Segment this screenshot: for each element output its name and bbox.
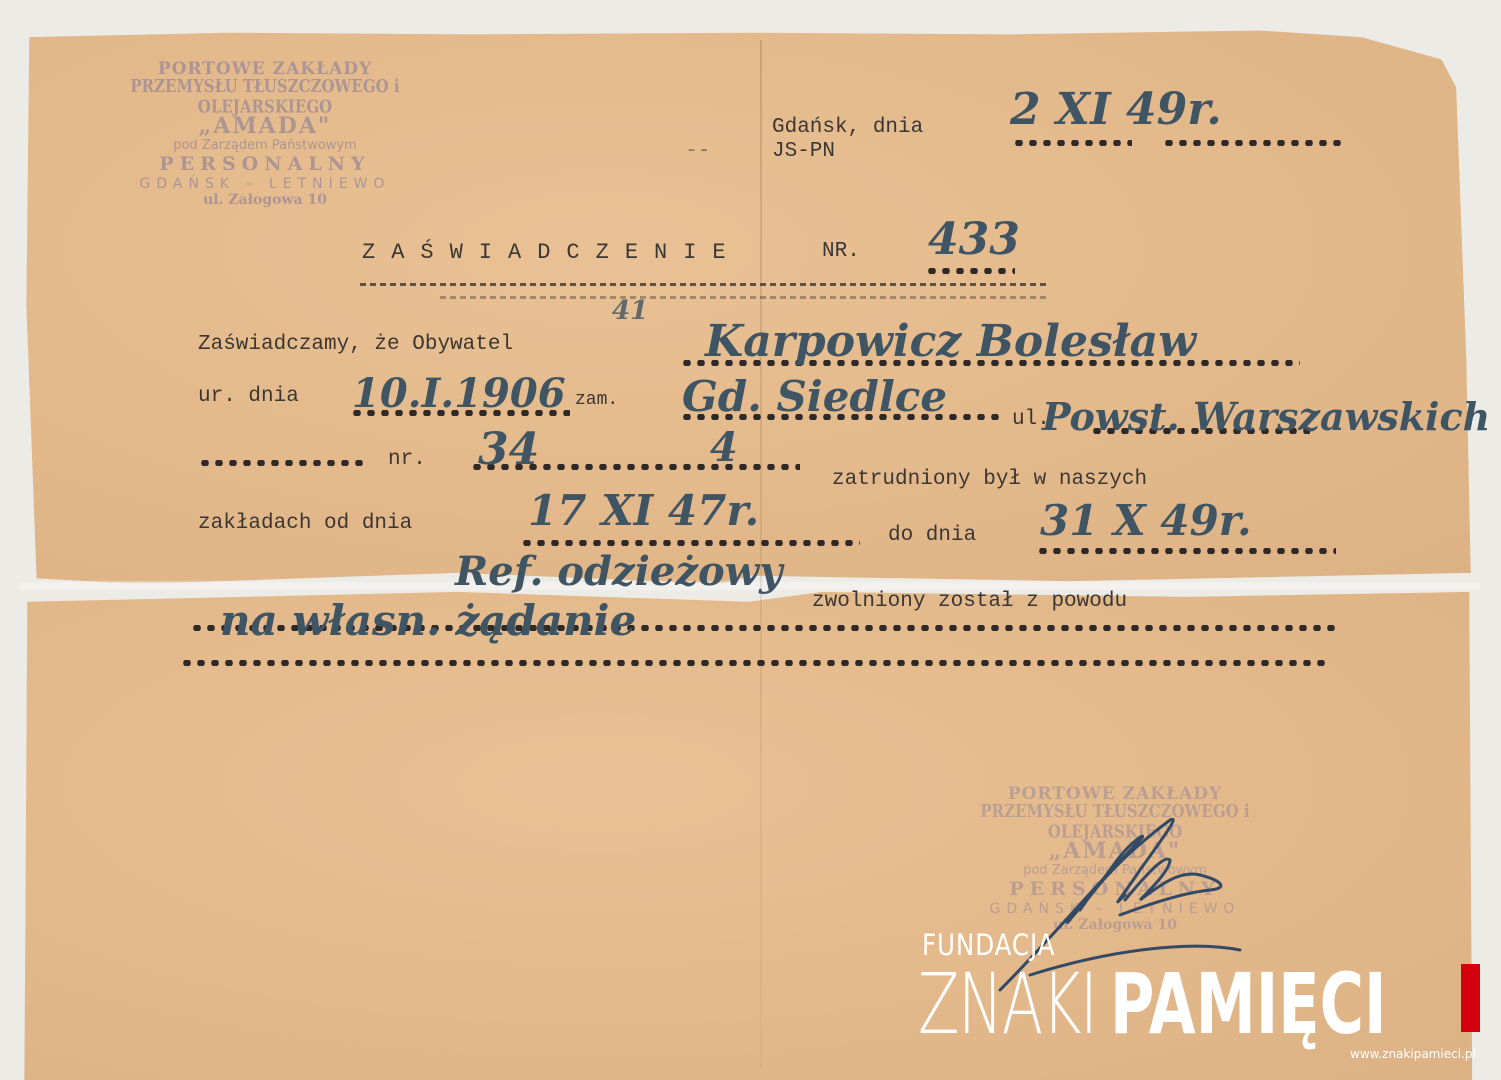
- street-name: Powst. Warszawskich: [1042, 394, 1490, 439]
- dotted-line: [925, 268, 1015, 274]
- job-position: Ref. odzieżowy: [455, 548, 782, 595]
- employed-text: zatrudniony był w naszych: [832, 468, 1147, 491]
- place-date-label: Gdańsk, dnia: [772, 116, 923, 139]
- document-title: ZAŚWIADCZENIE: [362, 240, 742, 265]
- stamp-line: ul. Załogowa 10: [70, 192, 460, 208]
- title-underline: [440, 296, 1050, 299]
- residence-label: zam.: [575, 390, 618, 410]
- reference-code: JS-PN: [772, 140, 835, 163]
- company-stamp: PORTOWE ZAKŁADY PRZEMYSŁU TŁUSZCZOWEGO i…: [70, 60, 460, 208]
- dotted-line: [1036, 548, 1336, 554]
- dotted-line: [1162, 140, 1342, 146]
- title-nr-label: NR.: [822, 240, 860, 263]
- employment-start-date: 17 XI 47r.: [528, 486, 759, 535]
- dotted-line: [180, 660, 1330, 666]
- certificate-number: 433: [928, 214, 1020, 265]
- from-date-label: zakładach od dnia: [198, 512, 412, 535]
- title-underline: [360, 283, 1050, 286]
- dismissed-text: zwolniony został z powodu: [812, 590, 1127, 613]
- dotted-line: [1012, 140, 1132, 146]
- watermark-red-bar: [1461, 964, 1480, 1032]
- to-date-label: do dnia: [888, 524, 976, 547]
- birth-date: 10.I.1906: [352, 370, 566, 417]
- stamp-line: GDAŃSK – LETNIEWO: [70, 176, 460, 192]
- watermark-url: www.znakipamieci.pl: [1350, 1047, 1476, 1061]
- apartment-number: 4: [710, 424, 738, 471]
- employment-end-date: 31 X 49r.: [1040, 496, 1252, 545]
- handwritten-date: 2 XI 49r.: [1010, 84, 1222, 135]
- dismissal-reason: na własn. żądanie: [220, 596, 636, 645]
- citizen-name: Karpowicz Bolesław: [705, 316, 1196, 367]
- watermark-znaki: ZNAKI: [918, 955, 1096, 1053]
- watermark-pamieci: PAMIĘCI: [1110, 955, 1386, 1053]
- stamp-line: pod Zarządem Państwowym: [70, 139, 460, 154]
- dotted-line: [520, 540, 860, 546]
- house-nr-label: nr.: [388, 448, 426, 471]
- dotted-line: [198, 460, 368, 466]
- stamp-line: PRZEMYSŁU TŁUSZCZOWEGO i OLEJARSKIEGO: [70, 76, 460, 117]
- residence-city: Gd. Siedlce: [682, 372, 947, 421]
- house-number: 34: [478, 424, 539, 475]
- ref-prefix: --: [660, 140, 723, 163]
- born-label: ur. dnia: [198, 385, 299, 408]
- side-note-number: 41: [612, 296, 648, 326]
- attest-label: Zaświadczamy, że Obywatel: [198, 333, 513, 356]
- stamp-line: PERSONALNY: [70, 154, 460, 176]
